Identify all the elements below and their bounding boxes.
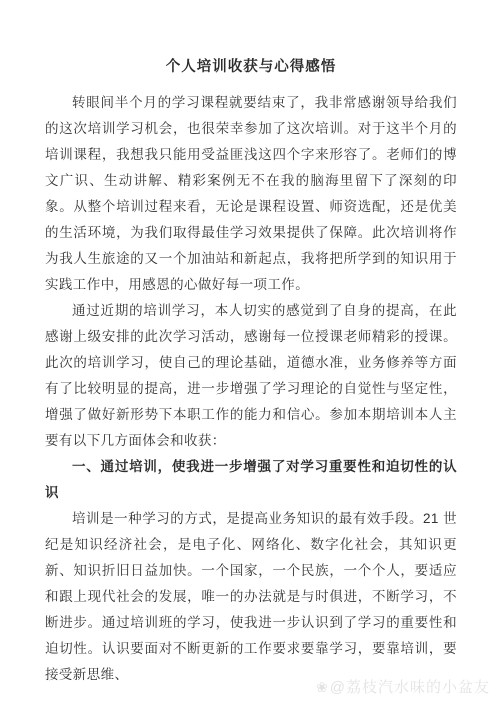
watermark: ❀@荔枝汽水味的小盆友 bbox=[316, 678, 490, 697]
document-title: 个人培训收获与心得感悟 bbox=[45, 56, 457, 78]
watermark-text: @荔枝汽水味的小盆友 bbox=[330, 679, 490, 696]
section-heading-1: 一、通过培训，使我进一步增强了对学习重要性和迫切性的认识 bbox=[45, 454, 457, 506]
paragraph-intro: 转眼间半个月的学习课程就要结束了，我非常感谢领导给我们的这次培训学习机会，也很荣… bbox=[45, 90, 457, 298]
document-page: 个人培训收获与心得感悟 转眼间半个月的学习课程就要结束了，我非常感谢领导给我们的… bbox=[0, 0, 500, 707]
watermark-logo-icon: ❀ bbox=[316, 678, 329, 696]
paragraph-section-1-body: 培训是一种学习的方式，是提高业务知识的最有效手段。21 世纪是知识经济社会，是电… bbox=[45, 506, 457, 688]
paragraph-summary: 通过近期的培训学习，本人切实的感觉到了自身的提高，在此感谢上级安排的此次学习活动… bbox=[45, 298, 457, 454]
